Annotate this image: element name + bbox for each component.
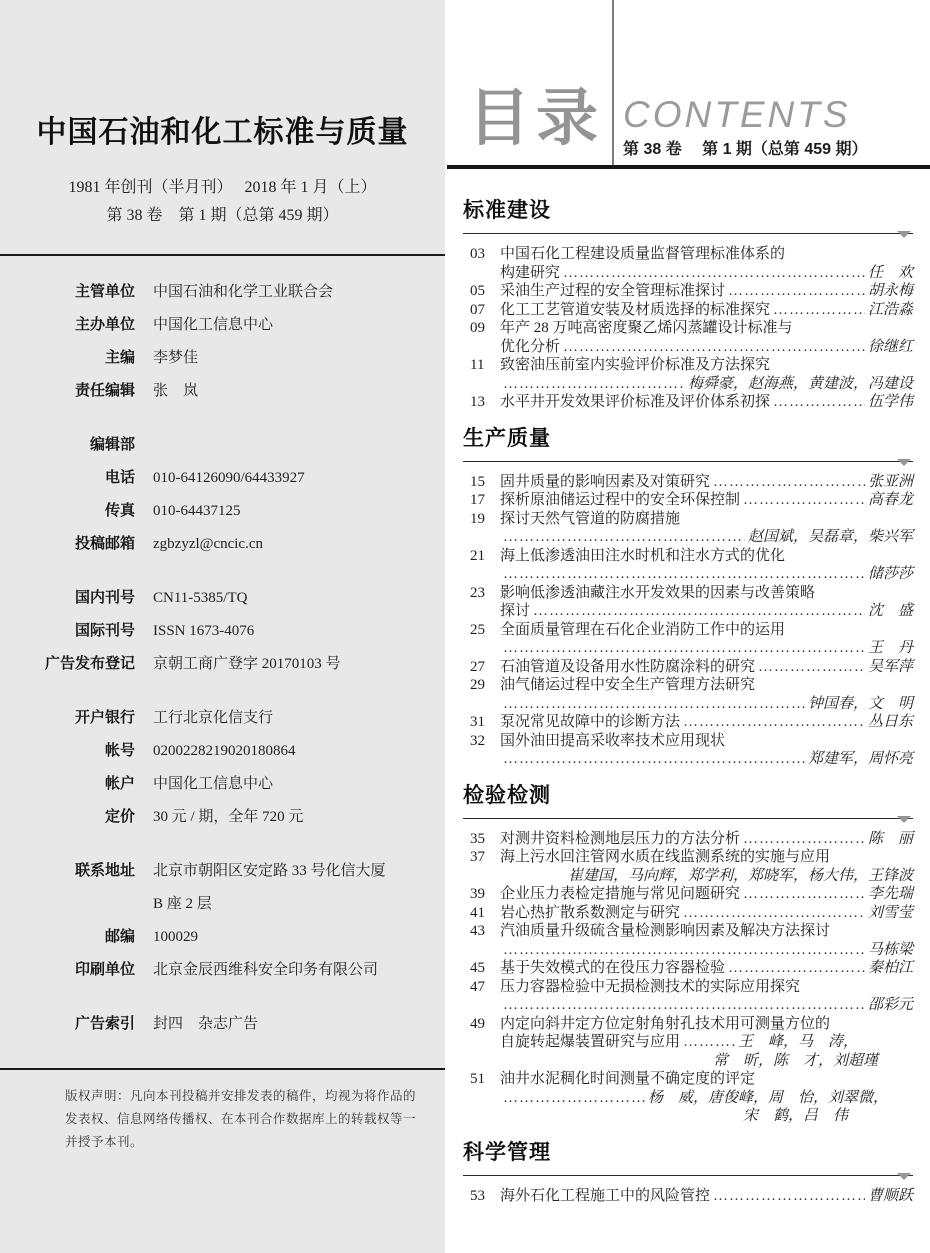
info-value: 工行北京化信支行 (153, 708, 273, 728)
info-label: 责任编辑 (0, 381, 135, 401)
toc-entry-line: 15固井质量的影响因素及对策研究………………………………………………………………… (470, 473, 913, 492)
toc-entry-title: 固井质量的影响因素及对策研究 (500, 473, 710, 492)
toc-leader-dots: ………………………………………………………………………………………… (728, 282, 865, 301)
toc-entry-title: 岩心热扩散系数测定与研究 (500, 904, 680, 923)
toc-page-number (470, 565, 500, 584)
toc-entry-line: 41岩心热扩散系数测定与研究……………………………………………………………………… (470, 904, 913, 923)
info-row: 印刷单位北京金辰西维科安全印务有限公司 (0, 960, 445, 980)
toc-entry-line: …………………………………………………………………………………………王 丹 (470, 639, 913, 658)
toc-author: 赵国斌，吴磊章，柴兴军 (748, 528, 913, 547)
toc-entry-line: 优化分析…………………………………………………………………………………………徐继… (470, 338, 913, 357)
info-value-line: B 座 2 层 (153, 894, 386, 914)
info-group: 联系地址北京市朝阳区安定路 33 号化信大厦B 座 2 层邮编100029印刷单… (0, 861, 445, 980)
header-rule (447, 165, 930, 169)
toc-leader-dots: ………………………………………………………………………………………… (503, 1089, 645, 1108)
toc-entry-title: 石油管道及设备用水性防腐涂料的研究 (500, 658, 755, 677)
info-label: 帐户 (0, 774, 135, 794)
toc-author: 李先瑞 (868, 885, 913, 904)
toc-leader-dots: ………………………………………………………………………………………… (683, 1033, 735, 1052)
toc-page-number: 09 (470, 319, 500, 338)
toc-entry-title: 构建研究 (500, 264, 560, 283)
info-row: 邮编100029 (0, 927, 445, 947)
toc-page-number (470, 750, 500, 769)
triangle-down-icon (897, 1173, 911, 1180)
toc-author: 储莎莎 (868, 565, 913, 584)
toc-leader-dots: ………………………………………………………………………………………… (503, 941, 865, 960)
info-row: 主办单位中国化工信息中心 (0, 315, 445, 335)
info-group: 开户银行工行北京化信支行帐号0200228219020180864帐户中国化工信… (0, 708, 445, 827)
toc-entry-title: 水平井开发效果评价标准及评价体系初探 (500, 393, 770, 412)
toc-page-number: 47 (470, 978, 500, 997)
toc-entry-title: 自旋转起爆装置研究与应用 (500, 1033, 680, 1052)
toc-leader-dots: ………………………………………………………………………………………… (743, 830, 865, 849)
toc-author: 秦柏江 (868, 959, 913, 978)
toc-entry-title: 企业压力表检定措施与常见问题研究 (500, 885, 740, 904)
toc-entry-title: 年产 28 万吨高密度聚乙烯闪蒸罐设计标准与 (500, 319, 793, 338)
toc-page-number: 35 (470, 830, 500, 849)
info-label: 广告发布登记 (0, 654, 135, 674)
toc-entry-line: …………………………………………………………………………………………邵彩元 (470, 996, 913, 1015)
info-row: 定价30 元 / 期，全年 720 元 (0, 807, 445, 827)
toc-author: 常 昕，陈 才，刘超瑾 (713, 1052, 913, 1071)
toc-page-number (470, 996, 500, 1015)
toc-entry-title: 影响低渗透油藏注水开发效果的因素与改善策略 (500, 584, 815, 603)
toc-page-number (470, 375, 500, 394)
info-group: 主管单位中国石油和化学工业联合会主办单位中国化工信息中心主编李梦佳责任编辑张 岚 (0, 282, 445, 401)
toc-entry-line: 常 昕，陈 才，刘超瑾 (470, 1052, 913, 1071)
toc-entry-line: 53海外石化工程施工中的风险管控………………………………………………………………… (470, 1187, 913, 1206)
toc-author: 邵彩元 (868, 996, 913, 1015)
toc-author: 曹顺跃 (868, 1187, 913, 1206)
section-title: 生产质量 (463, 424, 913, 453)
toc-page-number: 43 (470, 922, 500, 941)
section-title: 标准建设 (463, 196, 913, 225)
toc-entry-title: 国外油田提高采收率技术应用现状 (500, 732, 725, 751)
toc-page-number: 21 (470, 547, 500, 566)
toc-title-en: CONTENTS (623, 94, 851, 136)
toc-section: 标准建设03中国石化工程建设质量监督管理标准体系的构建研究……………………………… (463, 196, 913, 412)
toc-entry-line: …………………………………………………………………………………………梅舜豪，赵海… (470, 375, 913, 394)
toc-entry-line: 05采油生产过程的安全管理标准探讨……………………………………………………………… (470, 282, 913, 301)
toc-page-number: 45 (470, 959, 500, 978)
triangle-down-icon (897, 231, 911, 238)
toc-section: 生产质量15固井质量的影响因素及对策研究……………………………………………………… (463, 424, 913, 769)
toc-entry-line: …………………………………………………………………………………………钟国春，文 … (470, 695, 913, 714)
toc-page-number: 37 (470, 848, 500, 867)
toc-entry-line: 07化工工艺管道安装及材质选择的标准探究……………………………………………………… (470, 301, 913, 320)
toc-page-number (470, 602, 500, 621)
toc-page-number: 25 (470, 621, 500, 640)
info-row: 广告发布登记京朝工商广登字 20170103 号 (0, 654, 445, 674)
toc-leader-dots: ………………………………………………………………………………………… (563, 338, 865, 357)
section-rule (463, 1172, 913, 1180)
toc-author: 马栋梁 (868, 941, 913, 960)
info-value: 中国化工信息中心 (153, 774, 273, 794)
journal-info-panel: 中国石油和化工标准与质量 1981 年创刊（半月刊） 2018 年 1 月（上）… (0, 0, 445, 1253)
info-label: 开户银行 (0, 708, 135, 728)
toc-entry-title: 采油生产过程的安全管理标准探讨 (500, 282, 725, 301)
info-row: 传真010-64437125 (0, 501, 445, 521)
section-rule (463, 230, 913, 238)
info-label: 帐号 (0, 741, 135, 761)
info-value: 封四 杂志广告 (153, 1014, 258, 1034)
toc-entry-line: …………………………………………………………………………………………赵国斌，吴磊… (470, 528, 913, 547)
toc-entry-line: 32国外油田提高采收率技术应用现状 (470, 732, 913, 751)
section-rule (463, 815, 913, 823)
info-value: 李梦佳 (153, 348, 198, 368)
toc-author: 梅舜豪，赵海燕，黄建波，冯建设 (688, 375, 913, 394)
toc-page-number: 41 (470, 904, 500, 923)
info-row: 电话010-64126090/64433927 (0, 468, 445, 488)
toc-entry-line: 49内定向斜井定方位定射角射孔技术用可测量方位的 (470, 1015, 913, 1034)
toc-entry-line: 51油井水泥稠化时间测量不确定度的评定 (470, 1070, 913, 1089)
toc-author: 张亚洲 (868, 473, 913, 492)
info-group: 编辑部电话010-64126090/64433927传真010-64437125… (0, 435, 445, 554)
info-label: 国际刊号 (0, 621, 135, 641)
info-value: 中国石油和化学工业联合会 (153, 282, 333, 302)
toc-entry-title: 内定向斜井定方位定射角射孔技术用可测量方位的 (500, 1015, 830, 1034)
toc-leader-dots: ………………………………………………………………………………………… (743, 491, 865, 510)
toc-entry-line: 03中国石化工程建设质量监督管理标准体系的 (470, 245, 913, 264)
toc-author: 丛日东 (868, 713, 913, 732)
toc-sections: 标准建设03中国石化工程建设质量监督管理标准体系的构建研究……………………………… (463, 196, 913, 1205)
section-title: 科学管理 (463, 1138, 913, 1167)
info-value: 张 岚 (153, 381, 198, 401)
info-label: 主管单位 (0, 282, 135, 302)
toc-leader-dots: ………………………………………………………………………………………… (758, 658, 865, 677)
toc-page-number (470, 1107, 500, 1126)
toc-page-number (470, 639, 500, 658)
toc-author: 宋 鹤，吕 伟 (743, 1107, 913, 1126)
toc-entry-title: 泵况常见故障中的诊断方法 (500, 713, 680, 732)
toc-leader-dots: ………………………………………………………………………………………… (683, 904, 865, 923)
info-value: 京朝工商广登字 20170103 号 (153, 654, 341, 674)
info-label: 国内刊号 (0, 588, 135, 608)
toc-leader-dots: ………………………………………………………………………………………… (503, 375, 685, 394)
toc-entry-line: 自旋转起爆装置研究与应用…………………………………………………………………………… (470, 1033, 913, 1052)
info-label: 编辑部 (0, 435, 135, 455)
info-value: ISSN 1673-4076 (153, 621, 254, 641)
toc-leader-dots: ………………………………………………………………………………………… (533, 602, 865, 621)
toc-author: 王 峰，马 涛， (738, 1033, 913, 1052)
toc-page-number (470, 941, 500, 960)
section-rule-line (463, 461, 913, 462)
toc-author: 任 欢 (868, 264, 913, 283)
toc-entry-line: 23影响低渗透油藏注水开发效果的因素与改善策略 (470, 584, 913, 603)
toc-leader-dots: ………………………………………………………………………………………… (773, 301, 865, 320)
info-value: 北京市朝阳区安定路 33 号化信大厦B 座 2 层 (153, 861, 386, 914)
journal-issue-line: 第 38 卷 第 1 期（总第 459 期） (0, 204, 445, 228)
info-value-line: 北京市朝阳区安定路 33 号化信大厦 (153, 861, 386, 881)
toc-entry-title: 化工工艺管道安装及材质选择的标准探究 (500, 301, 770, 320)
toc-page-number (470, 528, 500, 547)
info-label: 投稿邮箱 (0, 534, 135, 554)
info-label: 主办单位 (0, 315, 135, 335)
info-row: 主编李梦佳 (0, 348, 445, 368)
toc-author: 伍学伟 (868, 393, 913, 412)
info-row: 开户银行工行北京化信支行 (0, 708, 445, 728)
info-value: 010-64437125 (153, 501, 241, 521)
toc-author: 高春龙 (868, 491, 913, 510)
info-row: 帐户中国化工信息中心 (0, 774, 445, 794)
toc-page-number: 19 (470, 510, 500, 529)
info-value: 30 元 / 期，全年 720 元 (153, 807, 303, 827)
info-row: 责任编辑张 岚 (0, 381, 445, 401)
header-divider-line (612, 0, 614, 165)
toc-entry-title: 致密油压前室内实验评价标准及方法探究 (500, 356, 770, 375)
toc-page-number: 39 (470, 885, 500, 904)
info-label: 邮编 (0, 927, 135, 947)
contents-panel: 目录 CONTENTS 第 38 卷 第 1 期（总第 459 期） 标准建设0… (445, 0, 930, 1253)
toc-entry-line: 09年产 28 万吨高密度聚乙烯闪蒸罐设计标准与 (470, 319, 913, 338)
toc-page-number (470, 338, 500, 357)
toc-entry-line: …………………………………………………………………………………………马栋梁 (470, 941, 913, 960)
section-items: 35对测井资料检测地层压力的方法分析…………………………………………………………… (470, 830, 913, 1126)
info-row: 联系地址北京市朝阳区安定路 33 号化信大厦B 座 2 层 (0, 861, 445, 914)
triangle-down-icon (897, 459, 911, 466)
info-value: CN11-5385/TQ (153, 588, 247, 608)
toc-entry-title: 海上低渗透油田注水时机和注水方式的优化 (500, 547, 785, 566)
info-value: 北京金辰西维科安全印务有限公司 (153, 960, 378, 980)
toc-author: 江浩淼 (868, 301, 913, 320)
section-rule-line (463, 233, 913, 234)
journal-info-list: 主管单位中国石油和化学工业联合会主办单位中国化工信息中心主编李梦佳责任编辑张 岚… (0, 282, 445, 1034)
info-value: 010-64126090/64433927 (153, 468, 305, 488)
toc-entry-line: …………………………………………………………………………………………杨 威，唐俊… (470, 1089, 913, 1108)
section-items: 15固井质量的影响因素及对策研究………………………………………………………………… (470, 473, 913, 769)
toc-header: 目录 CONTENTS 第 38 卷 第 1 期（总第 459 期） (445, 0, 930, 169)
section-rule-line (463, 1175, 913, 1176)
section-rule (463, 458, 913, 466)
copyright-notice: 版权声明：凡向本刊投稿并安排发表的稿件，均视为将作品的发表权、信息网络传播权、在… (65, 1085, 420, 1154)
toc-author: 吴军萍 (868, 658, 913, 677)
toc-entry-title: 基于失效模式的在役压力容器检验 (500, 959, 725, 978)
toc-author: 郑建军，周怀亮 (808, 750, 913, 769)
toc-entry-line: 39企业压力表检定措施与常见问题研究…………………………………………………………… (470, 885, 913, 904)
toc-page-number: 31 (470, 713, 500, 732)
toc-entry-line: 45基于失效模式的在役压力容器检验……………………………………………………………… (470, 959, 913, 978)
info-value: 100029 (153, 927, 198, 947)
toc-page-number: 17 (470, 491, 500, 510)
toc-entry-title: 海上污水回注管网水质在线监测系统的实施与应用 (500, 848, 830, 867)
toc-entry-line: 崔建国，马向辉，郑学利，郑晓军，杨大伟，王锋波 (470, 867, 913, 886)
section-title: 检验检测 (463, 781, 913, 810)
info-row: 主管单位中国石油和化学工业联合会 (0, 282, 445, 302)
info-row: 帐号0200228219020180864 (0, 741, 445, 761)
toc-leader-dots: ………………………………………………………………………………………… (563, 264, 865, 283)
toc-leader-dots: ………………………………………………………………………………………… (503, 750, 805, 769)
toc-entry-line: 17探析原油储运过程中的安全环保控制…………………………………………………………… (470, 491, 913, 510)
toc-entry-title: 探讨天然气管道的防腐措施 (500, 510, 680, 529)
toc-entry-title: 对测井资料检测地层压力的方法分析 (500, 830, 740, 849)
info-label: 电话 (0, 468, 135, 488)
toc-leader-dots: ………………………………………………………………………………………… (773, 393, 865, 412)
toc-entry-line: 21海上低渗透油田注水时机和注水方式的优化 (470, 547, 913, 566)
info-value: 0200228219020180864 (153, 741, 296, 761)
toc-author: 杨 威，唐俊峰，周 怡，刘翠微， (648, 1089, 913, 1108)
toc-entry-line: 19探讨天然气管道的防腐措施 (470, 510, 913, 529)
toc-entry-title: 油气储运过程中安全生产管理方法研究 (500, 676, 755, 695)
toc-entry-line: …………………………………………………………………………………………郑建军，周怀… (470, 750, 913, 769)
toc-entry-line: 37海上污水回注管网水质在线监测系统的实施与应用 (470, 848, 913, 867)
section-items: 03中国石化工程建设质量监督管理标准体系的构建研究………………………………………… (470, 245, 913, 412)
toc-page-number: 11 (470, 356, 500, 375)
toc-entry-title: 压力容器检验中无损检测技术的实际应用探究 (500, 978, 800, 997)
toc-author: 刘雪莹 (868, 904, 913, 923)
toc-entry-title: 中国石化工程建设质量监督管理标准体系的 (500, 245, 785, 264)
toc-page-number (470, 1052, 500, 1071)
toc-page-number: 53 (470, 1187, 500, 1206)
toc-entry-line: 35对测井资料检测地层压力的方法分析…………………………………………………………… (470, 830, 913, 849)
toc-entry-line: 29油气储运过程中安全生产管理方法研究 (470, 676, 913, 695)
toc-entry-line: 27石油管道及设备用水性防腐涂料的研究………………………………………………………… (470, 658, 913, 677)
toc-entry-title: 全面质量管理在石化企业消防工作中的运用 (500, 621, 785, 640)
toc-section: 科学管理53海外石化工程施工中的风险管控……………………………………………………… (463, 1138, 913, 1206)
toc-entry-line: …………………………………………………………………………………………储莎莎 (470, 565, 913, 584)
section-rule-line (463, 818, 913, 819)
toc-page-number: 32 (470, 732, 500, 751)
toc-page-number: 13 (470, 393, 500, 412)
toc-page-number: 05 (470, 282, 500, 301)
toc-leader-dots: ………………………………………………………………………………………… (503, 565, 865, 584)
toc-entry-title: 探析原油储运过程中的安全环保控制 (500, 491, 740, 510)
toc-entry-line: 25全面质量管理在石化企业消防工作中的运用 (470, 621, 913, 640)
toc-author: 徐继红 (868, 338, 913, 357)
toc-entry-line: 宋 鹤，吕 伟 (470, 1107, 913, 1126)
toc-entry-line: 47压力容器检验中无损检测技术的实际应用探究 (470, 978, 913, 997)
info-value: 中国化工信息中心 (153, 315, 273, 335)
toc-author: 钟国春，文 明 (808, 695, 913, 714)
toc-title-cn: 目录 (468, 84, 604, 154)
toc-leader-dots: ………………………………………………………………………………………… (713, 1187, 865, 1206)
info-label: 联系地址 (0, 861, 135, 914)
info-group: 广告索引封四 杂志广告 (0, 1014, 445, 1034)
info-label: 传真 (0, 501, 135, 521)
toc-leader-dots: ………………………………………………………………………………………… (683, 713, 865, 732)
toc-author: 沈 盛 (868, 602, 913, 621)
info-label: 定价 (0, 807, 135, 827)
toc-entry-title: 探讨 (500, 602, 530, 621)
info-label: 广告索引 (0, 1014, 135, 1034)
toc-page-number: 03 (470, 245, 500, 264)
info-row: 编辑部 (0, 435, 445, 455)
toc-page-number (470, 264, 500, 283)
toc-entry-line: 43汽油质量升级硫含量检测影响因素及解决方法探讨 (470, 922, 913, 941)
toc-author: 崔建国，马向辉，郑学利，郑晓军，杨大伟，王锋波 (568, 867, 913, 886)
toc-section: 检验检测35对测井资料检测地层压力的方法分析………………………………………………… (463, 781, 913, 1126)
toc-page-number (470, 1033, 500, 1052)
toc-author: 胡永梅 (868, 282, 913, 301)
toc-author: 陈 丽 (868, 830, 913, 849)
toc-page-number: 23 (470, 584, 500, 603)
bottom-divider (0, 1068, 445, 1070)
toc-entry-title: 汽油质量升级硫含量检测影响因素及解决方法探讨 (500, 922, 830, 941)
toc-entry-line: 构建研究…………………………………………………………………………………………任 … (470, 264, 913, 283)
toc-leader-dots: ………………………………………………………………………………………… (728, 959, 865, 978)
toc-page-number (470, 867, 500, 886)
info-row: 国际刊号ISSN 1673-4076 (0, 621, 445, 641)
info-label: 印刷单位 (0, 960, 135, 980)
info-value: zgbzyzl@cncic.cn (153, 534, 263, 554)
toc-page-number: 49 (470, 1015, 500, 1034)
toc-page-number (470, 1089, 500, 1108)
toc-entry-line: 13水平井开发效果评价标准及评价体系初探……………………………………………………… (470, 393, 913, 412)
toc-author: 王 丹 (868, 639, 913, 658)
journal-founding-line: 1981 年创刊（半月刊） 2018 年 1 月（上） (0, 176, 445, 200)
triangle-down-icon (897, 816, 911, 823)
toc-entry-line: 11致密油压前室内实验评价标准及方法探究 (470, 356, 913, 375)
toc-page-number: 15 (470, 473, 500, 492)
info-row: 国内刊号CN11-5385/TQ (0, 588, 445, 608)
top-divider (0, 254, 445, 256)
toc-leader-dots: ………………………………………………………………………………………… (503, 528, 745, 547)
toc-entry-title: 优化分析 (500, 338, 560, 357)
toc-page-number: 51 (470, 1070, 500, 1089)
toc-page-number: 07 (470, 301, 500, 320)
toc-leader-dots: ………………………………………………………………………………………… (503, 639, 865, 658)
toc-page-number (470, 695, 500, 714)
toc-entry-line: 探讨…………………………………………………………………………………………沈 盛 (470, 602, 913, 621)
toc-leader-dots: ………………………………………………………………………………………… (743, 885, 865, 904)
toc-entry-title: 油井水泥稠化时间测量不确定度的评定 (500, 1070, 755, 1089)
info-row: 广告索引封四 杂志广告 (0, 1014, 445, 1034)
journal-title: 中国石油和化工标准与质量 (8, 112, 437, 154)
info-group: 国内刊号CN11-5385/TQ国际刊号ISSN 1673-4076广告发布登记… (0, 588, 445, 674)
toc-leader-dots: ………………………………………………………………………………………… (503, 996, 865, 1015)
toc-leader-dots: ………………………………………………………………………………………… (503, 695, 805, 714)
info-row: 投稿邮箱zgbzyzl@cncic.cn (0, 534, 445, 554)
toc-entry-line: 31泵况常见故障中的诊断方法……………………………………………………………………… (470, 713, 913, 732)
toc-leader-dots: ………………………………………………………………………………………… (713, 473, 865, 492)
info-label: 主编 (0, 348, 135, 368)
toc-issue-info: 第 38 卷 第 1 期（总第 459 期） (623, 138, 868, 162)
toc-page-number: 27 (470, 658, 500, 677)
toc-page-number: 29 (470, 676, 500, 695)
section-items: 53海外石化工程施工中的风险管控………………………………………………………………… (470, 1187, 913, 1206)
toc-entry-title: 海外石化工程施工中的风险管控 (500, 1187, 710, 1206)
